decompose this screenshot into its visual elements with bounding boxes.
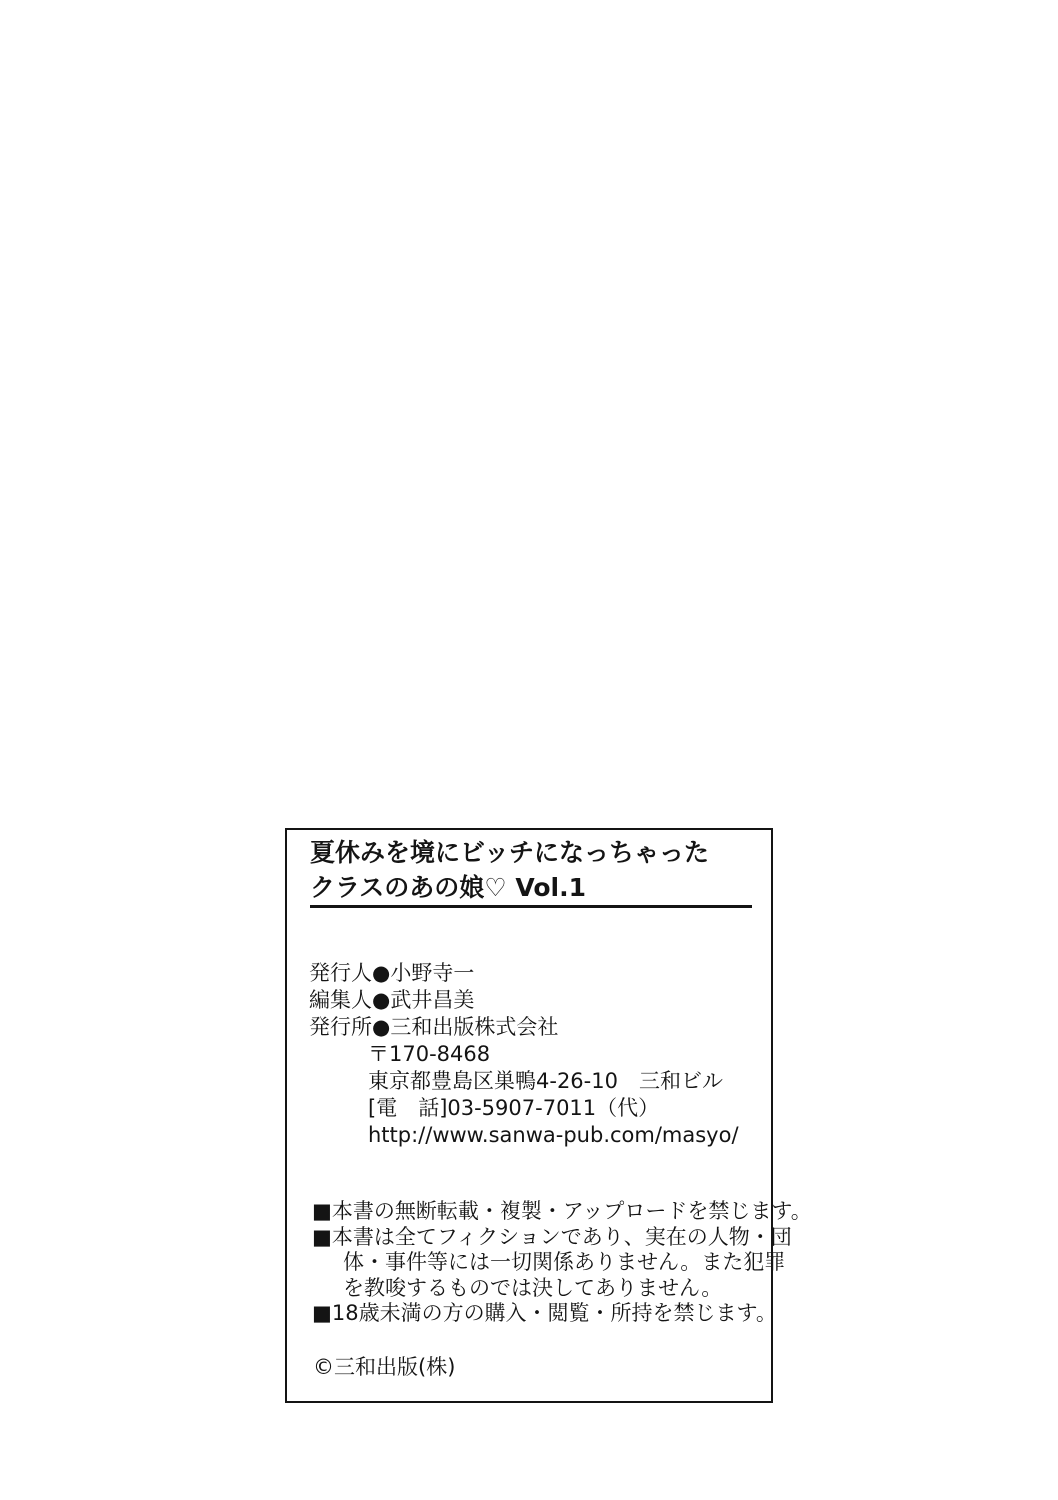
book-title-line2: クラスのあの娘♡ Vol.1 <box>310 870 709 905</box>
publisher-line-address: 東京都豊島区巣鴨4-26-10 三和ビル <box>309 1068 739 1095</box>
publisher-line-url: http://www.sanwa-pub.com/masyo/ <box>309 1122 739 1149</box>
publisher-line-company: 発行所●三和出版株式会社 <box>309 1014 739 1041</box>
notice-line-fiction-1: ■本書は全てフィクションであり、実在の人物・団 <box>312 1225 812 1251</box>
notice-line-no-reproduction: ■本書の無断転載・複製・アップロードを禁じます。 <box>312 1199 812 1225</box>
publisher-line-issuer: 発行人●小野寺一 <box>309 960 739 987</box>
title-divider-rule <box>310 905 752 908</box>
notice-line-age-restriction: ■18歳未満の方の購入・閲覧・所持を禁じます。 <box>312 1301 812 1327</box>
notice-line-fiction-2: 体・事件等には一切関係ありません。また犯罪 <box>312 1250 812 1276</box>
publisher-line-phone: [電 話]03-5907-7011（代） <box>309 1095 739 1122</box>
copyright-notice: ©三和出版(株) <box>313 1351 455 1381</box>
colophon-box: 夏休みを境にビッチになっちゃった クラスのあの娘♡ Vol.1 発行人●小野寺一… <box>285 828 773 1403</box>
publisher-info: 発行人●小野寺一 編集人●武井昌美 発行所●三和出版株式会社 〒170-8468… <box>309 960 739 1149</box>
notice-line-fiction-3: を教唆するものでは決してありません。 <box>312 1276 812 1302</box>
publisher-line-postal-code: 〒170-8468 <box>309 1041 739 1068</box>
legal-notices: ■本書の無断転載・複製・アップロードを禁じます。 ■本書は全てフィクションであり… <box>312 1199 812 1327</box>
publisher-line-editor: 編集人●武井昌美 <box>309 987 739 1014</box>
book-title-line1: 夏休みを境にビッチになっちゃった <box>310 835 709 870</box>
book-title: 夏休みを境にビッチになっちゃった クラスのあの娘♡ Vol.1 <box>310 835 709 905</box>
